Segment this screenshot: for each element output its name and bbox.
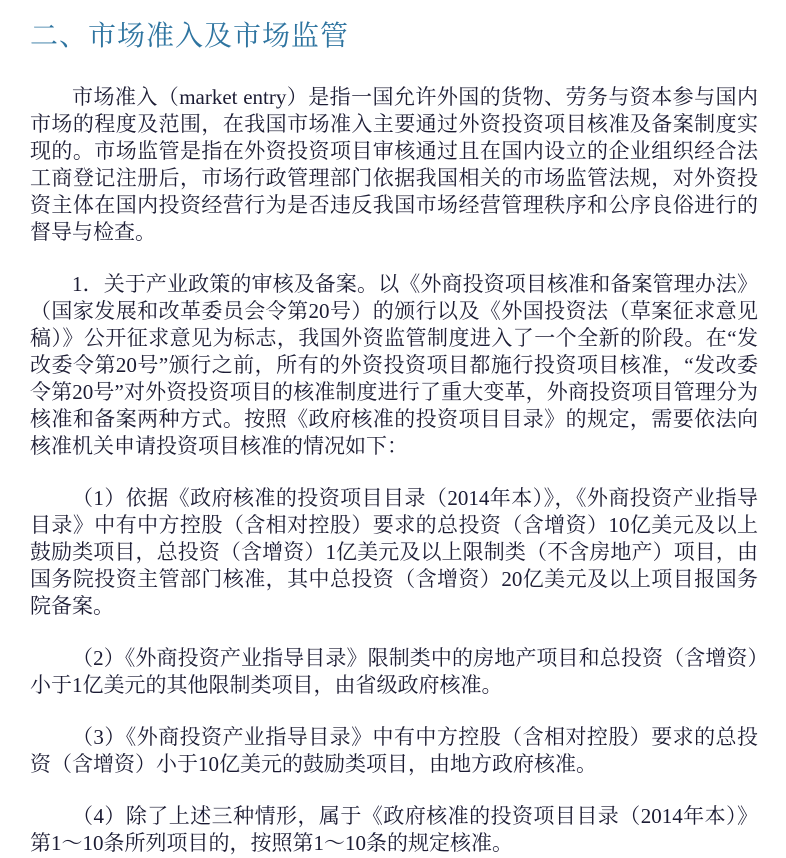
section-heading: 二、市场准入及市场监管 xyxy=(30,20,758,54)
document-page: 二、市场准入及市场监管 市场准入（market entry）是指一国允许外国的货… xyxy=(0,0,786,858)
paragraph-item-2: （2）《外商投资产业指导目录》限制类中的房地产项目和总投资（含增资）小于1亿美元… xyxy=(30,645,758,699)
paragraph-item-1: （1）依据《政府核准的投资项目目录（2014年本）》，《外商投资产业指导目录》中… xyxy=(30,485,758,620)
paragraph-item-3: （3）《外商投资产业指导目录》中有中方控股（含相对控股）要求的总投资（含增资）小… xyxy=(30,724,758,778)
paragraph-market-entry-definition: 市场准入（market entry）是指一国允许外国的货物、劳务与资本参与国内市… xyxy=(30,84,758,246)
paragraph-item-4: （4）除了上述三种情形，属于《政府核准的投资项目目录（2014年本）》第1～10… xyxy=(30,803,758,857)
paragraph-industrial-policy-review: 1．关于产业政策的审核及备案。以《外商投资项目核准和备案管理办法》（国家发展和改… xyxy=(30,271,758,460)
